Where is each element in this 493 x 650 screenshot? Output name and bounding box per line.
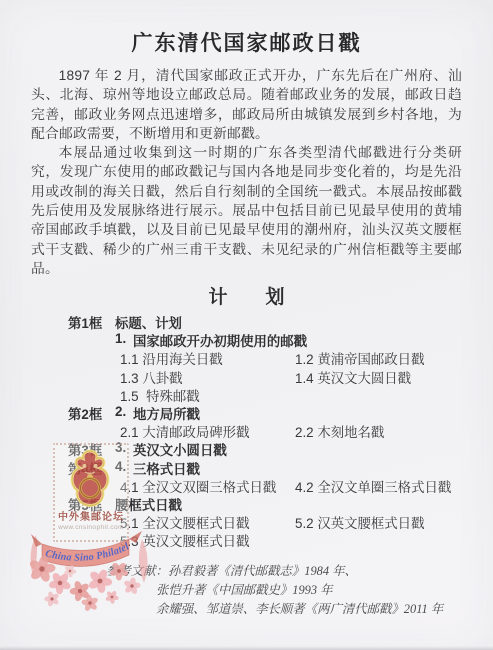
scan-bottom-edge	[0, 646, 493, 650]
plan-item: 5.1 全汉文腰框式日戳	[120, 513, 249, 532]
plan-item: 5.2 汉英文腰框式日戳	[295, 513, 424, 532]
plan-item: 4.2 全汉文单圈三格式日戳	[295, 477, 451, 496]
section-number: 2.	[115, 404, 126, 419]
plan-heading: 计 划	[0, 282, 493, 309]
scanned-document-page: 广东清代国家邮政日戳 1897 年 2 月，清代国家邮政正式开办，广东先后在广州…	[0, 0, 493, 650]
plan-section-title: 国家邮政开办初期使用的邮戳	[133, 331, 307, 350]
frame-label: 第4框	[68, 459, 102, 478]
paragraph: 1897 年 2 月，清代国家邮政正式开办，广东先后在广州府、汕头、北海、琼州等…	[31, 66, 462, 143]
intro-paragraphs: 1897 年 2 月，清代国家邮政正式开办，广东先后在广州府、汕头、北海、琼州等…	[31, 66, 462, 278]
plan-outline: 第1框 标题、计划 1. 国家邮政开办初期使用的邮戳 1.1 沿用海关日戳 1.…	[0, 313, 493, 549]
plan-section-title: 三格式日戳	[133, 459, 200, 478]
frame-label: 第3框	[68, 440, 102, 459]
plan-item: 5.3 英汉文腰框式日戳	[120, 531, 249, 550]
plan-item: 1.2 黄浦帝国邮政日戳	[295, 349, 424, 368]
reference-line: 参考文献：孙君毅著《清代邮戳志》1984 年、	[106, 563, 443, 579]
plan-section-title: 英汉文小圆日戳	[133, 440, 227, 459]
plan-item: 1.4 英汉文大圆日戳	[295, 368, 411, 387]
reference-item: 张恺升著《中国邮戳史》1993 年	[156, 583, 333, 597]
plan-item: 1.3 八卦戳	[120, 368, 183, 387]
plan-row: 第5框 腰框式日戳	[0, 495, 493, 513]
plan-section-title: 标题、计划	[115, 313, 182, 332]
reference-line: 余耀强、邹道崇、李长顺著《两广清代邮戳》2011 年	[156, 601, 443, 617]
references-label: 参考文献：	[106, 564, 168, 578]
frame-label: 第1框	[68, 313, 102, 332]
plan-row: 1. 国家邮政开办初期使用的邮戳	[0, 331, 493, 349]
plan-row: 5.3 英汉文腰框式日戳	[0, 531, 493, 549]
plan-section-title: 腰框式日戳	[115, 495, 182, 514]
section-number: 1.	[115, 331, 126, 346]
plan-row: 1.1 沿用海关日戳 1.2 黄浦帝国邮政日戳	[0, 349, 493, 367]
plan-section-title: 地方局所戳	[133, 404, 200, 423]
page-title: 广东清代国家邮政日戳	[0, 27, 493, 57]
paragraph: 本展品通过收集到这一时期的广东各类型清代邮戳进行分类研究，发现广东使用的邮政戳记…	[31, 143, 462, 278]
plan-row: 4.1 全汉文双圈三格式日戳 4.2 全汉文单圈三格式日戳	[0, 477, 493, 495]
frame-label: 第2框	[68, 404, 102, 423]
section-number: 4.	[115, 459, 126, 474]
references-block: 参考文献：孙君毅著《清代邮戳志》1984 年、 张恺升著《中国邮戳史》1993 …	[106, 563, 443, 617]
plan-item: 1.5 特殊邮戳	[120, 386, 200, 405]
reference-line: 张恺升著《中国邮戳史》1993 年	[156, 582, 443, 598]
section-number: 3.	[115, 440, 126, 455]
plan-row: 第2框 2. 地方局所戳	[0, 404, 493, 422]
plan-row: 1.5 特殊邮戳	[0, 386, 493, 404]
plan-row: 第4框 4. 三格式日戳	[0, 459, 493, 477]
plan-row: 第1框 标题、计划	[0, 313, 493, 331]
frame-label: 第5框	[68, 495, 102, 514]
plan-item: 2.2 木刻地名戳	[295, 422, 384, 441]
plan-row: 5.1 全汉文腰框式日戳 5.2 汉英文腰框式日戳	[0, 513, 493, 531]
plan-row: 第3框 3. 英汉文小圆日戳	[0, 440, 493, 458]
plan-row: 2.1 大清邮政局碑形戳 2.2 木刻地名戳	[0, 422, 493, 440]
plan-item: 1.1 沿用海关日戳	[120, 349, 223, 368]
plan-item: 2.1 大清邮政局碑形戳	[120, 422, 249, 441]
plan-item: 4.1 全汉文双圈三格式日戳	[120, 477, 276, 496]
plan-row: 1.3 八卦戳 1.4 英汉文大圆日戳	[0, 368, 493, 386]
reference-item: 孙君毅著《清代邮戳志》1984 年、	[168, 564, 357, 578]
reference-item: 余耀强、邹道崇、李长顺著《两广清代邮戳》2011 年	[156, 602, 443, 616]
